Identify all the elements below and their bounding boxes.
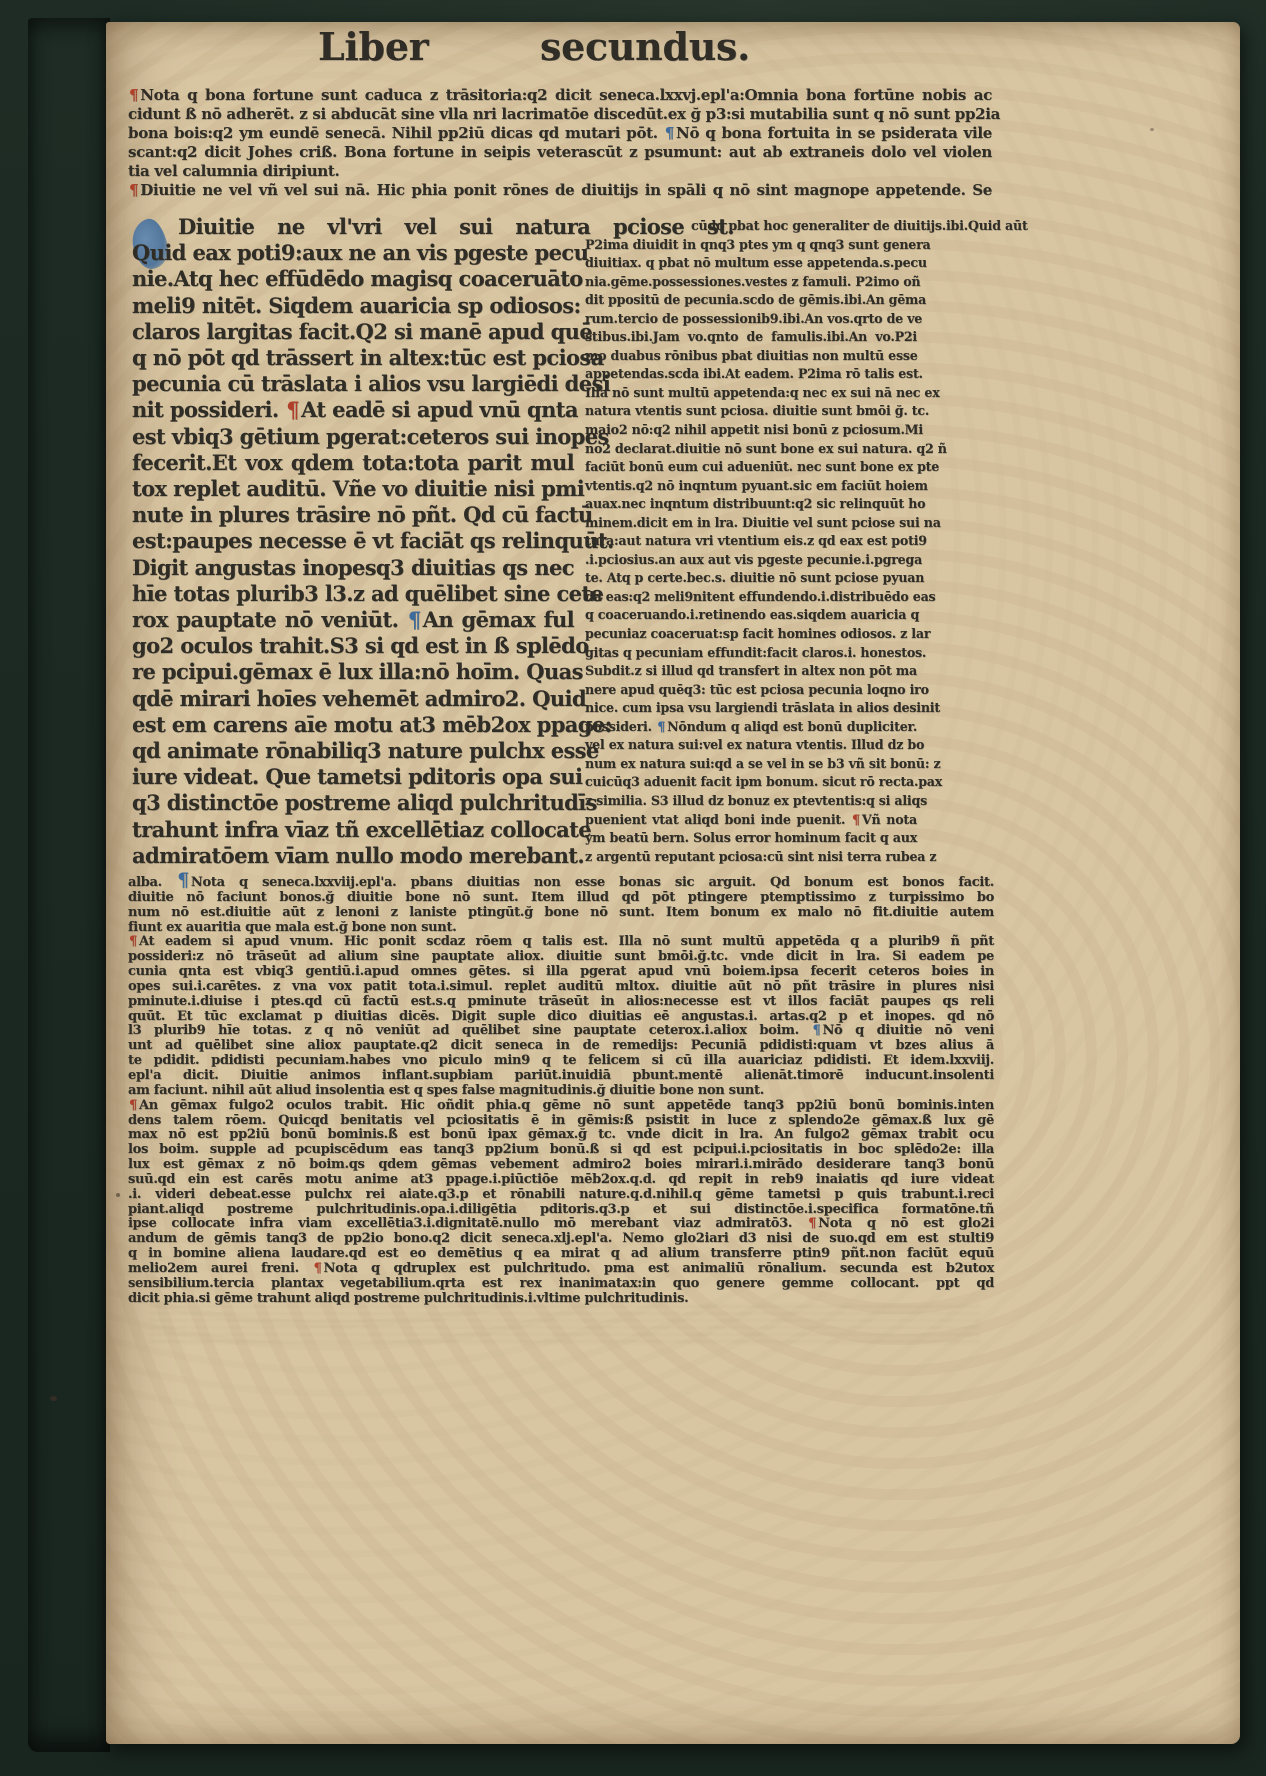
- text-line: cuicūq3 aduenit facit ipm bonum. sicut r…: [585, 773, 917, 792]
- text-line: opes sui.i.carētes. z vna vox patit tota…: [128, 980, 994, 995]
- intro-commentary-block: ¶Nota q bona fortune sunt caduca z trāsi…: [128, 86, 992, 200]
- red-pilcrow-mark: ¶: [128, 86, 140, 104]
- blue-pilcrow-mark: ¶: [664, 124, 676, 142]
- blue-pilcrow-mark: ¶: [176, 869, 191, 891]
- text-line: meli9 nitēt. Siqdem auaricia sp odiosos:: [132, 293, 574, 319]
- text-line: nute in plures trāsire nō pñt. Qd cū fac…: [132, 502, 574, 528]
- header-liber: Liber: [318, 24, 428, 69]
- text-line: q3 distinctōe postreme aliqd pulchritudī…: [132, 790, 574, 816]
- text-line: dit ppositū de pecunia.scdo de gēmis.ibi…: [585, 291, 917, 310]
- text-line: sensibilium.tercia plantax vegetabilium.…: [128, 1277, 994, 1292]
- text-line: nice. cum ipsa vsu largiendi trāslata in…: [585, 699, 917, 718]
- text-line: qd animate rōnabiliq3 nature pulchx esse: [132, 738, 574, 764]
- text-line: q coaceruando.i.retinendo eas.siqdem aua…: [585, 606, 917, 625]
- text-line: cidunt ß nō adherēt. z si abducāt sine v…: [128, 105, 992, 124]
- text-line: alba. ¶Nota q seneca.lxxviij.epl'a. pban…: [128, 876, 994, 891]
- text-line: natura vtentis sunt pciosa. diuitie sunt…: [585, 402, 917, 421]
- text-line: q in bomine aliena laudare.qd est eo dem…: [128, 1247, 994, 1262]
- book-page-edges: [28, 18, 110, 1752]
- running-header: Liber secundus.: [106, 24, 1240, 76]
- header-secundus: secundus.: [540, 24, 750, 69]
- text-line: te. Atq p certe.bec.s. diuitie nō sunt p…: [585, 569, 917, 588]
- text-line: no2 declarat.diuitie nō sunt bone ex sui…: [585, 440, 917, 459]
- text-line: est vbiq3 gētium pgerat:ceteros sui inop…: [132, 424, 574, 450]
- text-line: num ex natura sui:qd a se vel in se b3 v…: [585, 755, 917, 774]
- text-line: nie.Atq hec effūdēdo magisq coaceruāto: [132, 266, 574, 292]
- text-line: possideri:z nō trāseūt ad alium sine pau…: [128, 950, 994, 965]
- text-line: scant:q2 dicit Johes criß. Bona fortune …: [128, 143, 992, 162]
- red-pilcrow-mark: ¶: [128, 181, 140, 199]
- text-line: maio2 nō:q2 nihil appetit nisi bonū z pc…: [585, 421, 917, 440]
- red-pilcrow-mark: ¶: [128, 934, 139, 949]
- text-line: appetendas.scda ibi.At eadem. P2ima rō t…: [585, 365, 917, 384]
- text-line: bona bois:q2 ym eundē senecā. Nihil pp2i…: [128, 124, 992, 143]
- text-line: ipse collocate infra viam excellētia3.i.…: [128, 1217, 994, 1232]
- bottom-commentary-block: alba. ¶Nota q seneca.lxxviij.epl'a. pban…: [128, 876, 994, 1306]
- text-line: stibus.ibi.Jam vo.qnto de famulis.ibi.An…: [585, 328, 917, 347]
- text-line: Illa nō sunt multū appetenda:q nec ex su…: [585, 384, 917, 403]
- text-line: cūdo pbat hoc generaliter de diuitijs.ib…: [585, 217, 917, 236]
- red-pilcrow-mark: ¶: [851, 812, 862, 827]
- text-line: ym beatū bern. Solus error hominum facit…: [585, 829, 917, 848]
- text-line: am faciunt. nihil aūt aliud insolentia e…: [128, 1084, 994, 1099]
- blue-pilcrow-mark: ¶: [811, 1023, 822, 1038]
- text-line: gitas q pecuniam effundit:facit claros.i…: [585, 644, 917, 663]
- text-line: Digit angustas inopesq3 diuitias qs nec: [132, 555, 574, 581]
- text-line: admiratōem vīam nullo modo merebant.: [132, 843, 574, 869]
- red-pilcrow-mark: ¶: [128, 1098, 139, 1113]
- text-line: tia vel calumnia diripiunt.: [128, 162, 992, 181]
- text-line: vtentis.q2 nō inqntum pyuant.sic em faci…: [585, 477, 917, 496]
- text-line: diuitie nō faciunt bonos.ğ diuitie bone …: [128, 891, 994, 906]
- text-line: trahunt infra vīaz tñ excellētiaz colloc…: [132, 817, 574, 843]
- text-line: z similia. S3 illud dz bonuz ex ptevtent…: [585, 792, 917, 811]
- text-line: num nō est.diuitie aūt z lenoni z lanist…: [128, 906, 994, 921]
- ink-speck: [116, 1193, 120, 1197]
- text-line: go2 oculos trahit.S3 si qd est in ß splē…: [132, 633, 574, 659]
- text-line: cunia qnta est vbiq3 gentiū.i.apud omnes…: [128, 965, 994, 980]
- text-line: dens talem rōem. Quicqd benitatis vel pc…: [128, 1114, 994, 1129]
- red-pilcrow-mark: ¶: [313, 1261, 324, 1276]
- text-line: nia.gēme.possessiones.vestes z famuli. P…: [585, 273, 917, 292]
- text-line: minem.dicit em in lra. Diuitie vel sunt …: [585, 514, 917, 533]
- blue-pilcrow-mark: ¶: [656, 719, 667, 734]
- blue-pilcrow-mark: ¶: [407, 607, 423, 632]
- text-line: te pdidit. pdidisti pecuniam.habes vno p…: [128, 1054, 994, 1069]
- text-line: quūt. Et tūc exclamat p diuitias dicēs. …: [128, 1010, 994, 1025]
- text-line: nit possideri. ¶At eadē si apud vnū qnta: [132, 397, 574, 423]
- text-line: ¶An gēmax fulgo2 oculos trabit. Hic oñdi…: [128, 1099, 994, 1114]
- text-line: q nō pōt qd trāssert in altex:tūc est pc…: [132, 345, 574, 371]
- ink-speck: [1150, 128, 1154, 131]
- text-line: P2ima diuidit in qnq3 ptes ym q qnq3 sun…: [585, 236, 917, 255]
- text-line: ¶Nota q bona fortune sunt caduca z trāsi…: [128, 86, 992, 105]
- text-line: rox pauptate nō veniūt. ¶An gēmax ful: [132, 607, 574, 633]
- text-line: possideri. ¶Nōndum q aliqd est bonū dupl…: [585, 718, 917, 737]
- text-line: fiunt ex auaritia que mala est.ğ bone no…: [128, 921, 994, 936]
- text-line: Subdit.z si illud qd transfert in altex …: [585, 662, 917, 681]
- text-line: auax.nec inqntum distribuunt:q2 sic reli…: [585, 495, 917, 514]
- text-line: faciūt bonū eum cui adueniūt. nec sunt b…: [585, 458, 917, 477]
- text-line: pecuniaz coaceruat:sp facit homines odio…: [585, 625, 917, 644]
- text-line: vel ex natura sui:vel ex natura vtentis.…: [585, 736, 917, 755]
- text-line: nere apud quēq3: tūc est pciosa pecunia …: [585, 681, 917, 700]
- text-line: rum.tercio de possessionib9.ibi.An vos.q…: [585, 310, 917, 329]
- text-line: suū.qd ein est carēs motu anime at3 ppag…: [128, 1173, 994, 1188]
- text-line: est:paupes necesse ē vt faciāt qs relinq…: [132, 528, 574, 554]
- text-line: puenient vtat aliqd boni inde puenit. ¶V…: [585, 811, 917, 830]
- text-line: z argentū reputant pciosa:cū sint nisi t…: [585, 848, 917, 867]
- text-line: pecunia cū trāslata i alios vsu largiēdi…: [132, 371, 574, 397]
- text-line: max nō est pp2iū bonū bominis.ß est bonū…: [128, 1128, 994, 1143]
- show-through-ghost-text: [150, 1305, 980, 1343]
- red-pilcrow-mark: ¶: [285, 397, 301, 422]
- text-line: piant.aliqd postreme pulchritudinis.opa.…: [128, 1203, 994, 1218]
- text-line: iure videat. Que tametsi pditoris opa su…: [132, 764, 574, 790]
- text-line: Quid eax poti9:aux ne an vis pgeste pecu: [132, 240, 574, 266]
- text-line: .i. videri debeat.esse pulchx rei aiate.…: [128, 1188, 994, 1203]
- ink-speck: [50, 1396, 57, 1401]
- text-line: l3 plurib9 hīe totas. z q nō veniūt ad q…: [128, 1024, 994, 1039]
- text-line: epl'a dicit. Diuitie animos inflant.supb…: [128, 1069, 994, 1084]
- text-line: ¶Diuitie ne vel vñ vel sui nā. Hic phia …: [128, 181, 992, 200]
- text-line: da eas:q2 meli9nitent effundendo.i.distr…: [585, 588, 917, 607]
- text-line: fecerit.Et vox qdem tota:tota parit mul: [132, 450, 574, 476]
- red-pilcrow-mark: ¶: [807, 1216, 818, 1231]
- text-line: diuitiax. q pbat nō multum esse appetend…: [585, 254, 917, 273]
- text-line: tura:aut natura vri vtentium eis.z qd ea…: [585, 532, 917, 551]
- text-line: los boim. supple ad pcupiscēdum eas tanq…: [128, 1143, 994, 1158]
- text-line: melio2em aurei freni. ¶Nota q qdruplex e…: [128, 1262, 994, 1277]
- text-line: .i.pciosius.an aux aut vis pgeste pecuni…: [585, 551, 917, 570]
- text-line: re pcipui.gēmax ē lux illa:nō hoīm. Quas: [132, 659, 574, 685]
- text-line: mo duabus rōnibus pbat diuitias non mult…: [585, 347, 917, 366]
- text-line: ¶At eadem si apud vnum. Hic ponit scdaz …: [128, 935, 994, 950]
- text-line: est em carens aīe motu at3 mēb2ox ppage:: [132, 712, 574, 738]
- text-line: lux est gēmax z nō boim.qs qdem gēmas ve…: [128, 1158, 994, 1173]
- text-line: pminute.i.diuise i ptes.qd cū factū est.…: [128, 995, 994, 1010]
- text-line: qdē mirari hoīes vehemēt admiro2. Quid: [132, 686, 574, 712]
- text-line: andum de gēmis tanq3 de pp2io bono.q2 di…: [128, 1232, 994, 1247]
- text-line: unt ad quēlibet sine aliox pauptate.q2 d…: [128, 1039, 994, 1054]
- text-line: hīe totas plurib3 l3.z ad quēlibet sine …: [132, 581, 574, 607]
- main-text-column: Diuitie ne vl'vri vel sui natura pciose …: [132, 214, 574, 869]
- scanned-book-photo: { "title": {"left": "Liber", "right": "s…: [0, 0, 1266, 1776]
- text-line: claros largitas facit.Q2 si manē apud qu…: [132, 319, 574, 345]
- text-line: tox replet auditū. Vñe vo diuitie nisi p…: [132, 476, 574, 502]
- commentary-column: cūdo pbat hoc generaliter de diuitijs.ib…: [585, 217, 917, 866]
